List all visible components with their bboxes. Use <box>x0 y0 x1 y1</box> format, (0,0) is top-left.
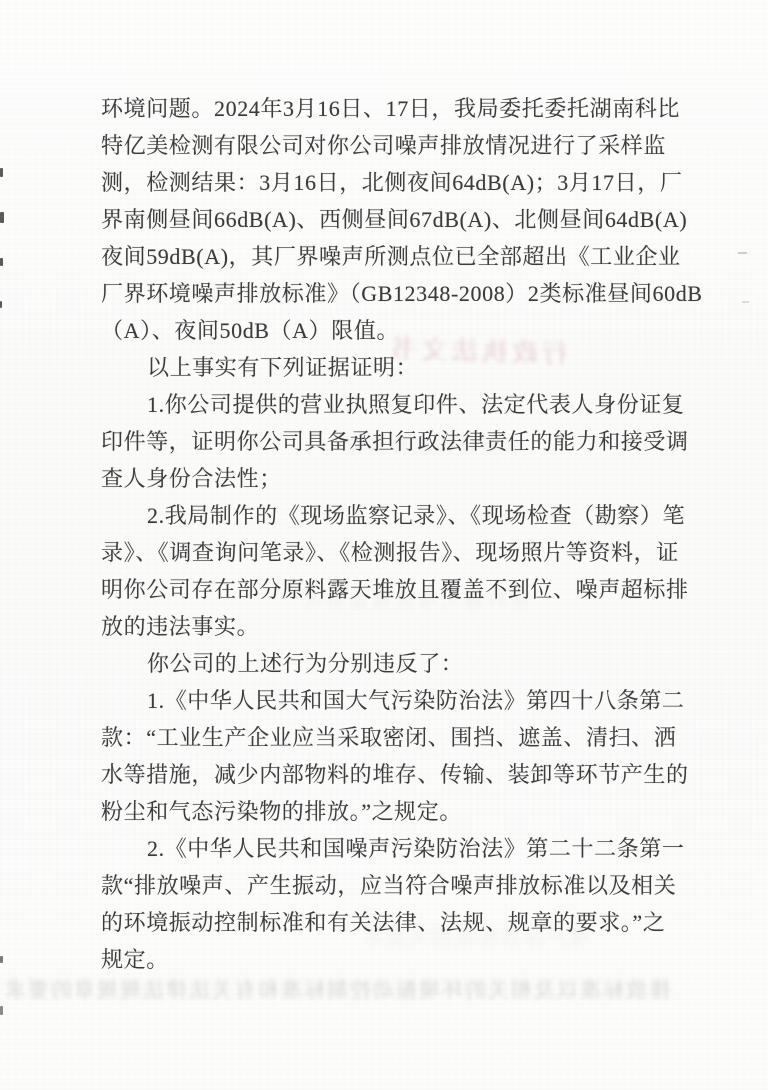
scan-edge-speck <box>0 301 2 308</box>
text-line-20: 粉尘和气态污染物的排放。”之规定。 <box>101 793 669 830</box>
text-line-1: 环境问题。2024年3月16日、17日，我局委托委托湖南科比 <box>101 90 669 127</box>
text-line-5: 夜间59dB(A)，其厂界噪声所测点位已全部超出《工业企业 <box>101 238 669 275</box>
text-line-23: 的环境振动控制标准和有关法律、法规、规章的要求。”之 <box>101 904 669 941</box>
text-line-6: 厂界环境噪声排放标准》（GB12348-2008）2类标准昼间60dB <box>101 275 669 312</box>
text-line-22: 款“排放噪声、产生振动，应当符合噪声排放标准以及相关 <box>101 867 669 904</box>
text-line-15: 放的违法事实。 <box>101 608 669 645</box>
text-line-18: 款：“工业生产企业应当采取密闭、围挡、遮盖、清扫、洒 <box>101 719 669 756</box>
text-line-17: 1.《中华人民共和国大气污染防治法》第四十八条第二 <box>101 682 669 719</box>
text-line-19: 水等措施，减少内部物料的堆存、传输、装卸等环节产生的 <box>101 756 669 793</box>
text-line-3: 测，检测结果：3月16日，北侧夜间64dB(A)；3月17日，厂 <box>101 164 669 201</box>
text-line-9: 1.你公司提供的营业执照复印件、法定代表人身份证复 <box>101 386 669 423</box>
text-line-21: 2.《中华人民共和国噪声污染防治法》第二十二条第一 <box>101 830 669 867</box>
scan-right-edge-mark <box>738 252 747 254</box>
document-text-block: 环境问题。2024年3月16日、17日，我局委托委托湖南科比 特亿美检测有限公司… <box>101 90 669 978</box>
text-line-11: 查人身份合法性； <box>101 460 669 497</box>
text-line-8: 以上事实有下列证据证明： <box>101 349 669 386</box>
scan-edge-speck <box>0 168 3 177</box>
text-line-4: 界南侧昼间66dB(A)、西侧昼间67dB(A)、北侧昼间64dB(A) <box>101 201 669 238</box>
text-line-2: 特亿美检测有限公司对你公司噪声排放情况进行了采样监 <box>101 127 669 164</box>
bleedthrough-gray-bottom-line: 排放标准以及相关的环境振动控制标准和有关法律法规规章的要求 <box>95 974 670 1004</box>
scan-edge-speck <box>0 212 4 223</box>
text-line-24: 规定。 <box>101 941 669 978</box>
text-line-16: 你公司的上述行为分别违反了： <box>101 645 669 682</box>
text-line-13: 录》、《调查询问笔录》、《检测报告》、现场照片等资料，证 <box>101 534 669 571</box>
scanned-document-page: 行政执法文书 承担行政法律责任 原料露天堆放覆盖情况 噪声排放标准相关要求 排放… <box>0 0 768 1090</box>
text-line-10: 印件等，证明你公司具备承担行政法律责任的能力和接受调 <box>101 423 669 460</box>
scan-edge-speck <box>0 258 3 266</box>
scan-edge-speck <box>0 1006 3 1015</box>
text-line-7: （A）、夜间50dB（A）限值。 <box>101 312 669 349</box>
text-line-14: 明你公司存在部分原料露天堆放且覆盖不到位、噪声超标排 <box>101 571 669 608</box>
scan-right-edge-mark <box>742 301 749 303</box>
text-line-12: 2.我局制作的《现场监察记录》、《现场检查（勘察）笔 <box>101 497 669 534</box>
scan-edge-speck <box>0 956 3 963</box>
